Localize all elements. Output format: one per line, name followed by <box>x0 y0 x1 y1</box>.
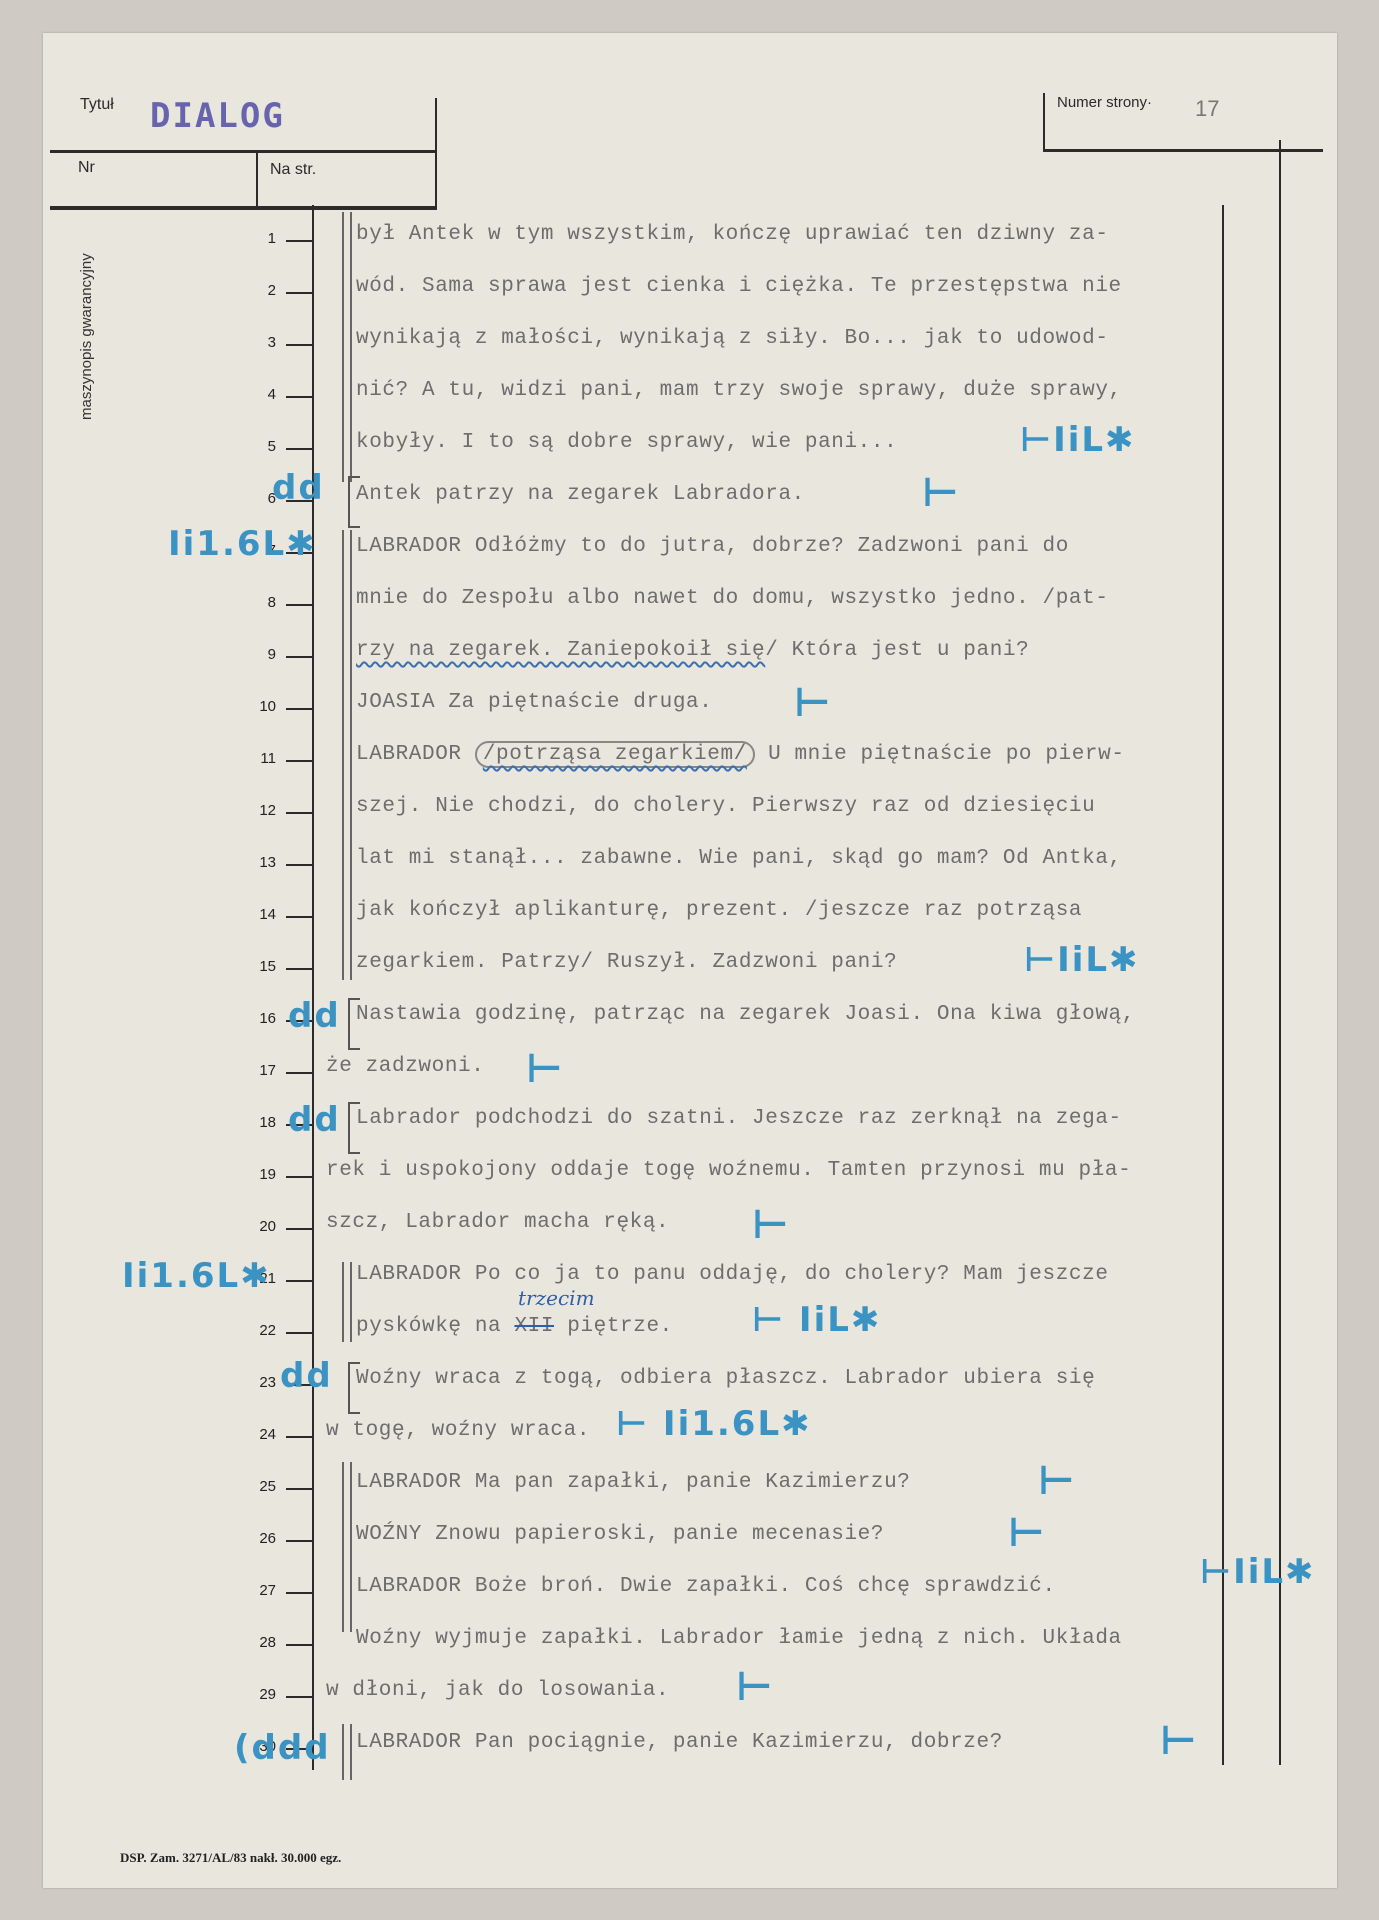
typed-line: WOŹNY Znowu papieroski, panie mecenasie? <box>356 1523 884 1546</box>
line-number: 20 <box>246 1218 276 1235</box>
cut-mark: ⊢ <box>922 470 959 516</box>
typed-line-underlined: rzy na zegarek. Zaniepokoił się/ Która j… <box>356 639 1029 662</box>
typed-line: mnie do Zespołu albo nawet do domu, wszy… <box>356 587 1109 610</box>
typed-line: LABRADOR Ma pan zapałki, panie Kazimierz… <box>356 1471 911 1494</box>
cut-mark: ⊢ <box>794 680 831 726</box>
line-number: 29 <box>246 1686 276 1703</box>
typed-line: LABRADOR Pan pociągnie, panie Kazimierzu… <box>356 1731 1003 1754</box>
form-divider <box>256 151 258 209</box>
page-box-rule <box>1043 149 1323 152</box>
pencil-bracket <box>348 1362 360 1414</box>
typed-line: lat mi stanął... zabawne. Wie pani, skąd… <box>356 847 1122 870</box>
pencil-margin-bar <box>342 1262 352 1342</box>
typed-line: jak kończył aplikanturę, prezent. /jeszc… <box>356 899 1082 922</box>
ruler-tick <box>286 968 312 970</box>
typed-line: wynikają z małości, wynikają z siły. Bo.… <box>356 327 1109 350</box>
cut-mark: ⊢ <box>1160 1718 1197 1764</box>
line-number: 5 <box>246 438 276 455</box>
line-number: 1 <box>246 230 276 247</box>
ruler-line <box>312 205 314 1770</box>
line-number: 13 <box>246 854 276 871</box>
page-number: 17 <box>1195 96 1219 122</box>
line-number: 16 <box>246 1010 276 1027</box>
title-stamp: DIALOG <box>150 96 285 136</box>
ruler-tick <box>286 240 312 242</box>
ruler-tick <box>286 708 312 710</box>
typed-line: szej. Nie chodzi, do cholery. Pierwszy r… <box>356 795 1095 818</box>
ruler-tick <box>286 1540 312 1542</box>
typed-line: LABRADOR Po co ja to panu oddaję, do cho… <box>356 1263 1109 1286</box>
ruler-tick <box>286 344 312 346</box>
pencil-margin-bar <box>342 1724 352 1780</box>
line-number: 12 <box>246 802 276 819</box>
typed-line: Antek patrzy na zegarek Labradora. <box>356 483 805 506</box>
typed-line: Woźny wyjmuje zapałki. Labrador łamie je… <box>356 1627 1122 1650</box>
line-number: 2 <box>246 282 276 299</box>
typed-line: kobyły. I to są dobre sprawy, wie pani..… <box>356 431 897 454</box>
margin-dd-annotation: dd <box>280 1356 333 1396</box>
page-number-label: Numer strony· <box>1057 94 1152 111</box>
side-label: maszynopis gwarancyjny <box>78 253 95 420</box>
line-number: 27 <box>246 1582 276 1599</box>
cut-mark: ⊢ <box>1038 1458 1075 1504</box>
ruler-tick <box>286 448 312 450</box>
underlined-direction: rzy na zegarek. Zaniepokoił się <box>356 639 765 662</box>
pencil-bracket <box>348 1102 360 1154</box>
ruler-tick <box>286 916 312 918</box>
line-before: pyskówkę na <box>356 1315 501 1338</box>
cut-mark: ⊢ <box>736 1664 773 1710</box>
typed-line: LABRADOR Boże broń. Dwie zapałki. Coś ch… <box>356 1575 1056 1598</box>
line-number: 28 <box>246 1634 276 1651</box>
typed-line: wód. Sama sprawa jest cienka i ciężka. T… <box>356 275 1122 298</box>
ruler-tick <box>286 292 312 294</box>
line-after: piętrze. <box>567 1315 673 1338</box>
line-number: 17 <box>246 1062 276 1079</box>
line-number: 22 <box>246 1322 276 1339</box>
pencil-margin-bar <box>342 212 352 482</box>
cut-mark: ⊢ <box>526 1046 563 1092</box>
struck-word: XII <box>514 1315 554 1338</box>
form-rule <box>50 150 437 153</box>
ruler-tick <box>286 760 312 762</box>
typed-line: nić? A tu, widzi pani, mam trzy swoje sp… <box>356 379 1122 402</box>
line-number: 3 <box>246 334 276 351</box>
typed-line: Nastawia godzinę, patrząc na zegarek Joa… <box>356 1003 1135 1026</box>
ruler-tick <box>286 812 312 814</box>
line-number: 18 <box>246 1114 276 1131</box>
ruler-tick <box>286 1228 312 1230</box>
line-number: 19 <box>246 1166 276 1183</box>
ruler-tick <box>286 1436 312 1438</box>
typed-line: Woźny wraca z togą, odbiera płaszcz. Lab… <box>356 1367 1095 1390</box>
typed-line: JOASIA Za piętnaście druga. <box>356 691 712 714</box>
line-number: 25 <box>246 1478 276 1495</box>
ruler-tick <box>286 1072 312 1074</box>
line-number: 11 <box>246 750 276 767</box>
line-number: 4 <box>246 386 276 403</box>
pencil-bracket <box>348 476 360 528</box>
ruler-tick <box>286 1696 312 1698</box>
pencil-margin-bar <box>342 1462 352 1632</box>
typed-line: że zadzwoni. <box>326 1055 484 1078</box>
ruler-tick <box>286 864 312 866</box>
line-number: 23 <box>246 1374 276 1391</box>
line-number: 14 <box>246 906 276 923</box>
page-box-edge <box>1043 93 1045 151</box>
typed-line-circled: LABRADOR /potrząsa zegarkiem/ U mnie pię… <box>356 743 1125 766</box>
line-number: 26 <box>246 1530 276 1547</box>
shot-code-annotation: ⊢IiL✱ <box>1020 420 1136 460</box>
typed-line: był Antek w tym wszystkim, kończę uprawi… <box>356 223 1109 246</box>
ruler-tick <box>286 1280 312 1282</box>
margin-dd-annotation: (ddd <box>234 1728 331 1768</box>
typed-line: rek i uspokojony oddaje togę woźnemu. Ta… <box>326 1159 1131 1182</box>
ruler-tick <box>286 1644 312 1646</box>
form-divider <box>435 98 437 210</box>
typed-line-corrected: pyskówkę na XII piętrze. <box>356 1315 673 1338</box>
shot-code-annotation: Ii1.6L✱ <box>168 524 317 564</box>
line-number: 10 <box>246 698 276 715</box>
shot-code-annotation: ⊢IiL✱ <box>1200 1552 1316 1592</box>
correction-note: trzecim <box>518 1286 595 1310</box>
typed-line: szcz, Labrador macha ręką. <box>326 1211 669 1234</box>
typed-line: w togę, woźny wraca. <box>326 1419 590 1442</box>
typed-line: w dłoni, jak do losowania. <box>326 1679 669 1702</box>
shot-code-annotation: ⊢IiL✱ <box>1024 940 1140 980</box>
line-number: 15 <box>246 958 276 975</box>
right-margin-line <box>1279 140 1281 1765</box>
speaker: LABRADOR <box>356 743 462 766</box>
ruler-tick <box>286 656 312 658</box>
line-rest: / Która jest u pani? <box>765 639 1029 662</box>
print-footer: DSP. Zam. 3271/AL/83 nakł. 30.000 egz. <box>120 1850 341 1866</box>
form-rule <box>50 206 437 210</box>
shot-code-annotation: ⊢ Ii1.6L✱ <box>616 1404 812 1444</box>
margin-dd-annotation: dd <box>288 996 341 1036</box>
cut-mark: ⊢ <box>1008 1510 1045 1556</box>
ruler-tick <box>286 1592 312 1594</box>
typed-line: Labrador podchodzi do szatni. Jeszcze ra… <box>356 1107 1122 1130</box>
shot-code-annotation: Ii1.6L✱ <box>122 1256 271 1296</box>
ruler-tick <box>286 604 312 606</box>
ruler-tick <box>286 1332 312 1334</box>
line-number: 9 <box>246 646 276 663</box>
line-number: 24 <box>246 1426 276 1443</box>
typed-line: zegarkiem. Patrzy/ Ruszył. Zadzwoni pani… <box>356 951 897 974</box>
margin-dd-annotation: dd <box>272 468 325 508</box>
margin-dd-annotation: dd <box>288 1100 341 1140</box>
ruler-tick <box>286 1488 312 1490</box>
nr-label: Nr <box>78 159 95 177</box>
line-rest: U mnie piętnaście po pierw- <box>768 743 1124 766</box>
shot-code-annotation: ⊢ IiL✱ <box>752 1300 881 1340</box>
ruler-tick <box>286 396 312 398</box>
pencil-bracket <box>348 998 360 1050</box>
line-number: 8 <box>246 594 276 611</box>
cut-mark: ⊢ <box>752 1202 789 1248</box>
typed-line: LABRADOR Odłóżmy to do jutra, dobrze? Za… <box>356 535 1069 558</box>
ruler-tick <box>286 1176 312 1178</box>
pencil-margin-bar <box>342 530 352 980</box>
na-str-label: Na str. <box>270 161 316 179</box>
title-label: Tytuł <box>80 96 114 114</box>
circled-direction: /potrząsa zegarkiem/ <box>475 741 755 768</box>
right-margin-line <box>1222 205 1224 1765</box>
